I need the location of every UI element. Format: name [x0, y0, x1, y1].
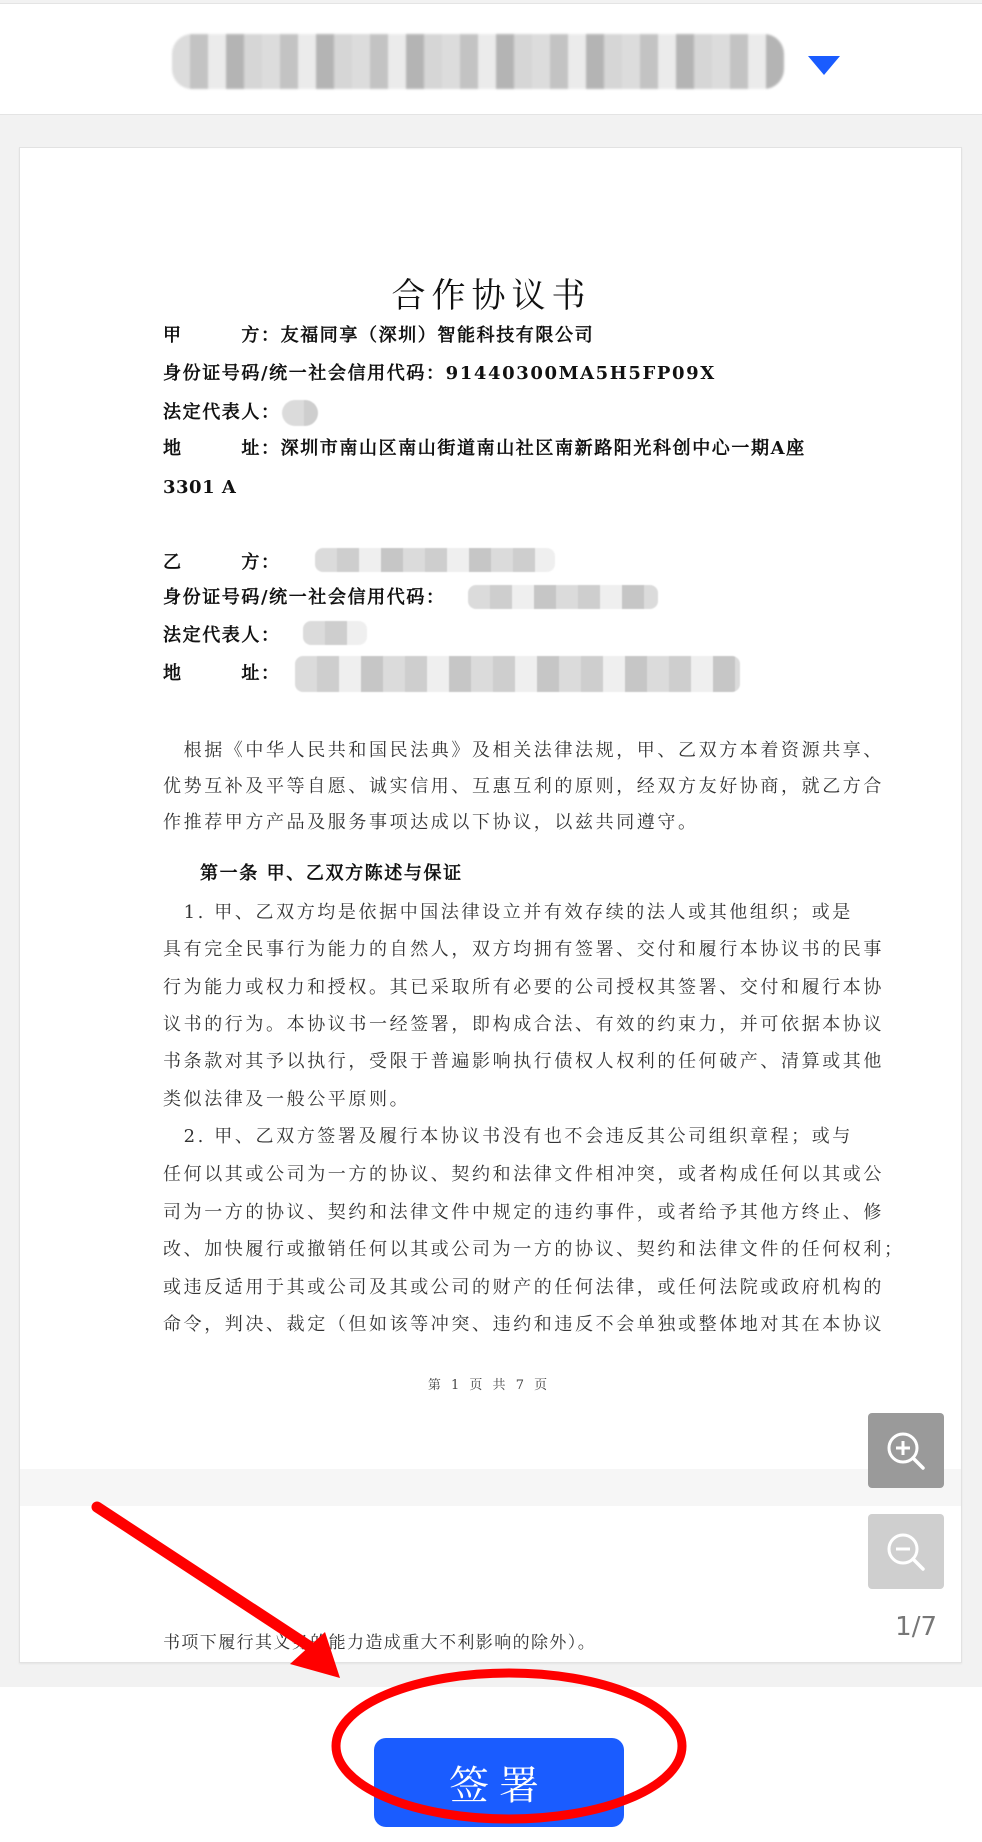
- document-title: 合作协议书: [20, 268, 962, 317]
- party-a-rep-line: 法定代表人：: [163, 402, 281, 424]
- sign-button[interactable]: 签署: [374, 1738, 624, 1827]
- page-indicator: 1/7: [895, 1612, 937, 1642]
- party-b-rep-line: 法定代表人：: [163, 625, 281, 647]
- document-viewer[interactable]: 合作协议书 甲 方：友福同享（深圳）智能科技有限公司 身份证号码/统一社会信用代…: [19, 147, 962, 1663]
- contract-selector-header[interactable]: [0, 3, 982, 115]
- redacted-party-a-rep: [282, 400, 318, 426]
- party-b-id-line: 身份证号码/统一社会信用代码：: [163, 587, 446, 609]
- party-a-address-1: 深圳市南山区南山街道南山社区南新路阳光科创中心一期A座: [281, 438, 806, 459]
- preamble-line: 作推荐甲方产品及服务事项达成以下协议，以兹共同遵守。: [163, 812, 699, 834]
- zoom-out-icon: [884, 1530, 928, 1574]
- clause-2-line: 2. 甲、乙双方签署及履行本协议书没有也不会违反其公司组织章程；或与: [163, 1126, 853, 1148]
- triangle-down-icon[interactable]: [808, 56, 840, 75]
- preamble-line: 优势互补及平等自愿、诚实信用、互惠互利的原则，经双方友好协商，就乙方合: [163, 776, 884, 798]
- clause-2-line: 司为一方的协议、契约和法律文件中规定的违约事件，或者给予其他方终止、修: [163, 1202, 884, 1224]
- party-a-rep-label: 法定代表人：: [163, 402, 281, 423]
- page-separator: [20, 1469, 961, 1506]
- zoom-in-button[interactable]: [868, 1413, 944, 1488]
- zoom-in-icon: [884, 1429, 928, 1473]
- party-a-address-line: 地 址：深圳市南山区南山街道南山社区南新路阳光科创中心一期A座: [163, 438, 806, 460]
- article-1-heading: 第一条 甲、乙双方陈述与保证: [200, 863, 463, 885]
- redacted-contract-title: [172, 34, 784, 89]
- party-b-line: 乙 方：: [163, 552, 281, 574]
- party-a-address-label: 地 址：: [163, 438, 281, 459]
- party-a-line: 甲 方：友福同享（深圳）智能科技有限公司: [163, 325, 594, 347]
- party-b-label: 乙 方：: [163, 552, 281, 573]
- party-b-id-label: 身份证号码/统一社会信用代码：: [163, 587, 446, 608]
- party-b-address-line: 地 址：: [163, 663, 281, 685]
- clause-1-line: 议书的行为。本协议书一经签署，即构成合法、有效的约束力，并可依据本协议: [163, 1014, 884, 1036]
- party-b-rep-label: 法定代表人：: [163, 625, 281, 646]
- party-a-id-line: 身份证号码/统一社会信用代码：91440300MA5H5FP09X: [163, 363, 716, 385]
- clause-1-line: 1. 甲、乙双方均是依据中国法律设立并有效存续的法人或其他组织；或是: [163, 902, 853, 924]
- preamble-line: 根据《中华人民共和国民法典》及相关法律法规，甲、乙双方本着资源共享、: [163, 740, 884, 762]
- party-a-label: 甲 方：: [163, 325, 281, 346]
- party-a-name: 友福同享（深圳）智能科技有限公司: [281, 325, 595, 346]
- party-a-address-2: 3301 A: [163, 477, 236, 499]
- clause-2-line: 任何以其或公司为一方的协议、契约和法律文件相冲突，或者构成任何以其或公: [163, 1164, 884, 1186]
- zoom-out-button[interactable]: [868, 1514, 944, 1589]
- party-a-id-label: 身份证号码/统一社会信用代码：: [163, 363, 446, 384]
- clause-2-line: 或违反适用于其或公司及其或公司的财产的任何法律，或任何法院或政府机构的: [163, 1277, 884, 1299]
- clause-1-line: 具有完全民事行为能力的自然人，双方均拥有签署、交付和履行本协议书的民事: [163, 939, 884, 961]
- clause-1-line: 类似法律及一般公平原则。: [163, 1089, 410, 1111]
- party-a-id-value: 91440300MA5H5FP09X: [446, 363, 716, 384]
- clause-2-line: 命令，判决、裁定（但如该等冲突、违约和违反不会单独或整体地对其在本协议: [163, 1314, 884, 1336]
- page-footer: 第 1 页 共 7 页: [20, 1374, 958, 1393]
- next-page-line: 书项下履行其义务的能力造成重大不利影响的除外）。: [163, 1632, 596, 1654]
- party-b-address-label: 地 址：: [163, 663, 281, 684]
- clause-2-line: 改、加快履行或撤销任何以其或公司为一方的协议、契约和法律文件的任何权利；: [163, 1239, 905, 1261]
- redacted-party-b-id: [468, 585, 658, 609]
- clause-1-line: 书条款对其予以执行，受限于普遍影响执行债权人权利的任何破产、清算或其他: [163, 1051, 884, 1073]
- redacted-party-b-rep: [303, 621, 367, 645]
- clause-1-line: 行为能力或权力和授权。其已采取所有必要的公司授权其签署、交付和履行本协: [163, 977, 884, 999]
- redacted-party-b-name: [315, 548, 555, 572]
- redacted-party-b-address: [295, 656, 740, 692]
